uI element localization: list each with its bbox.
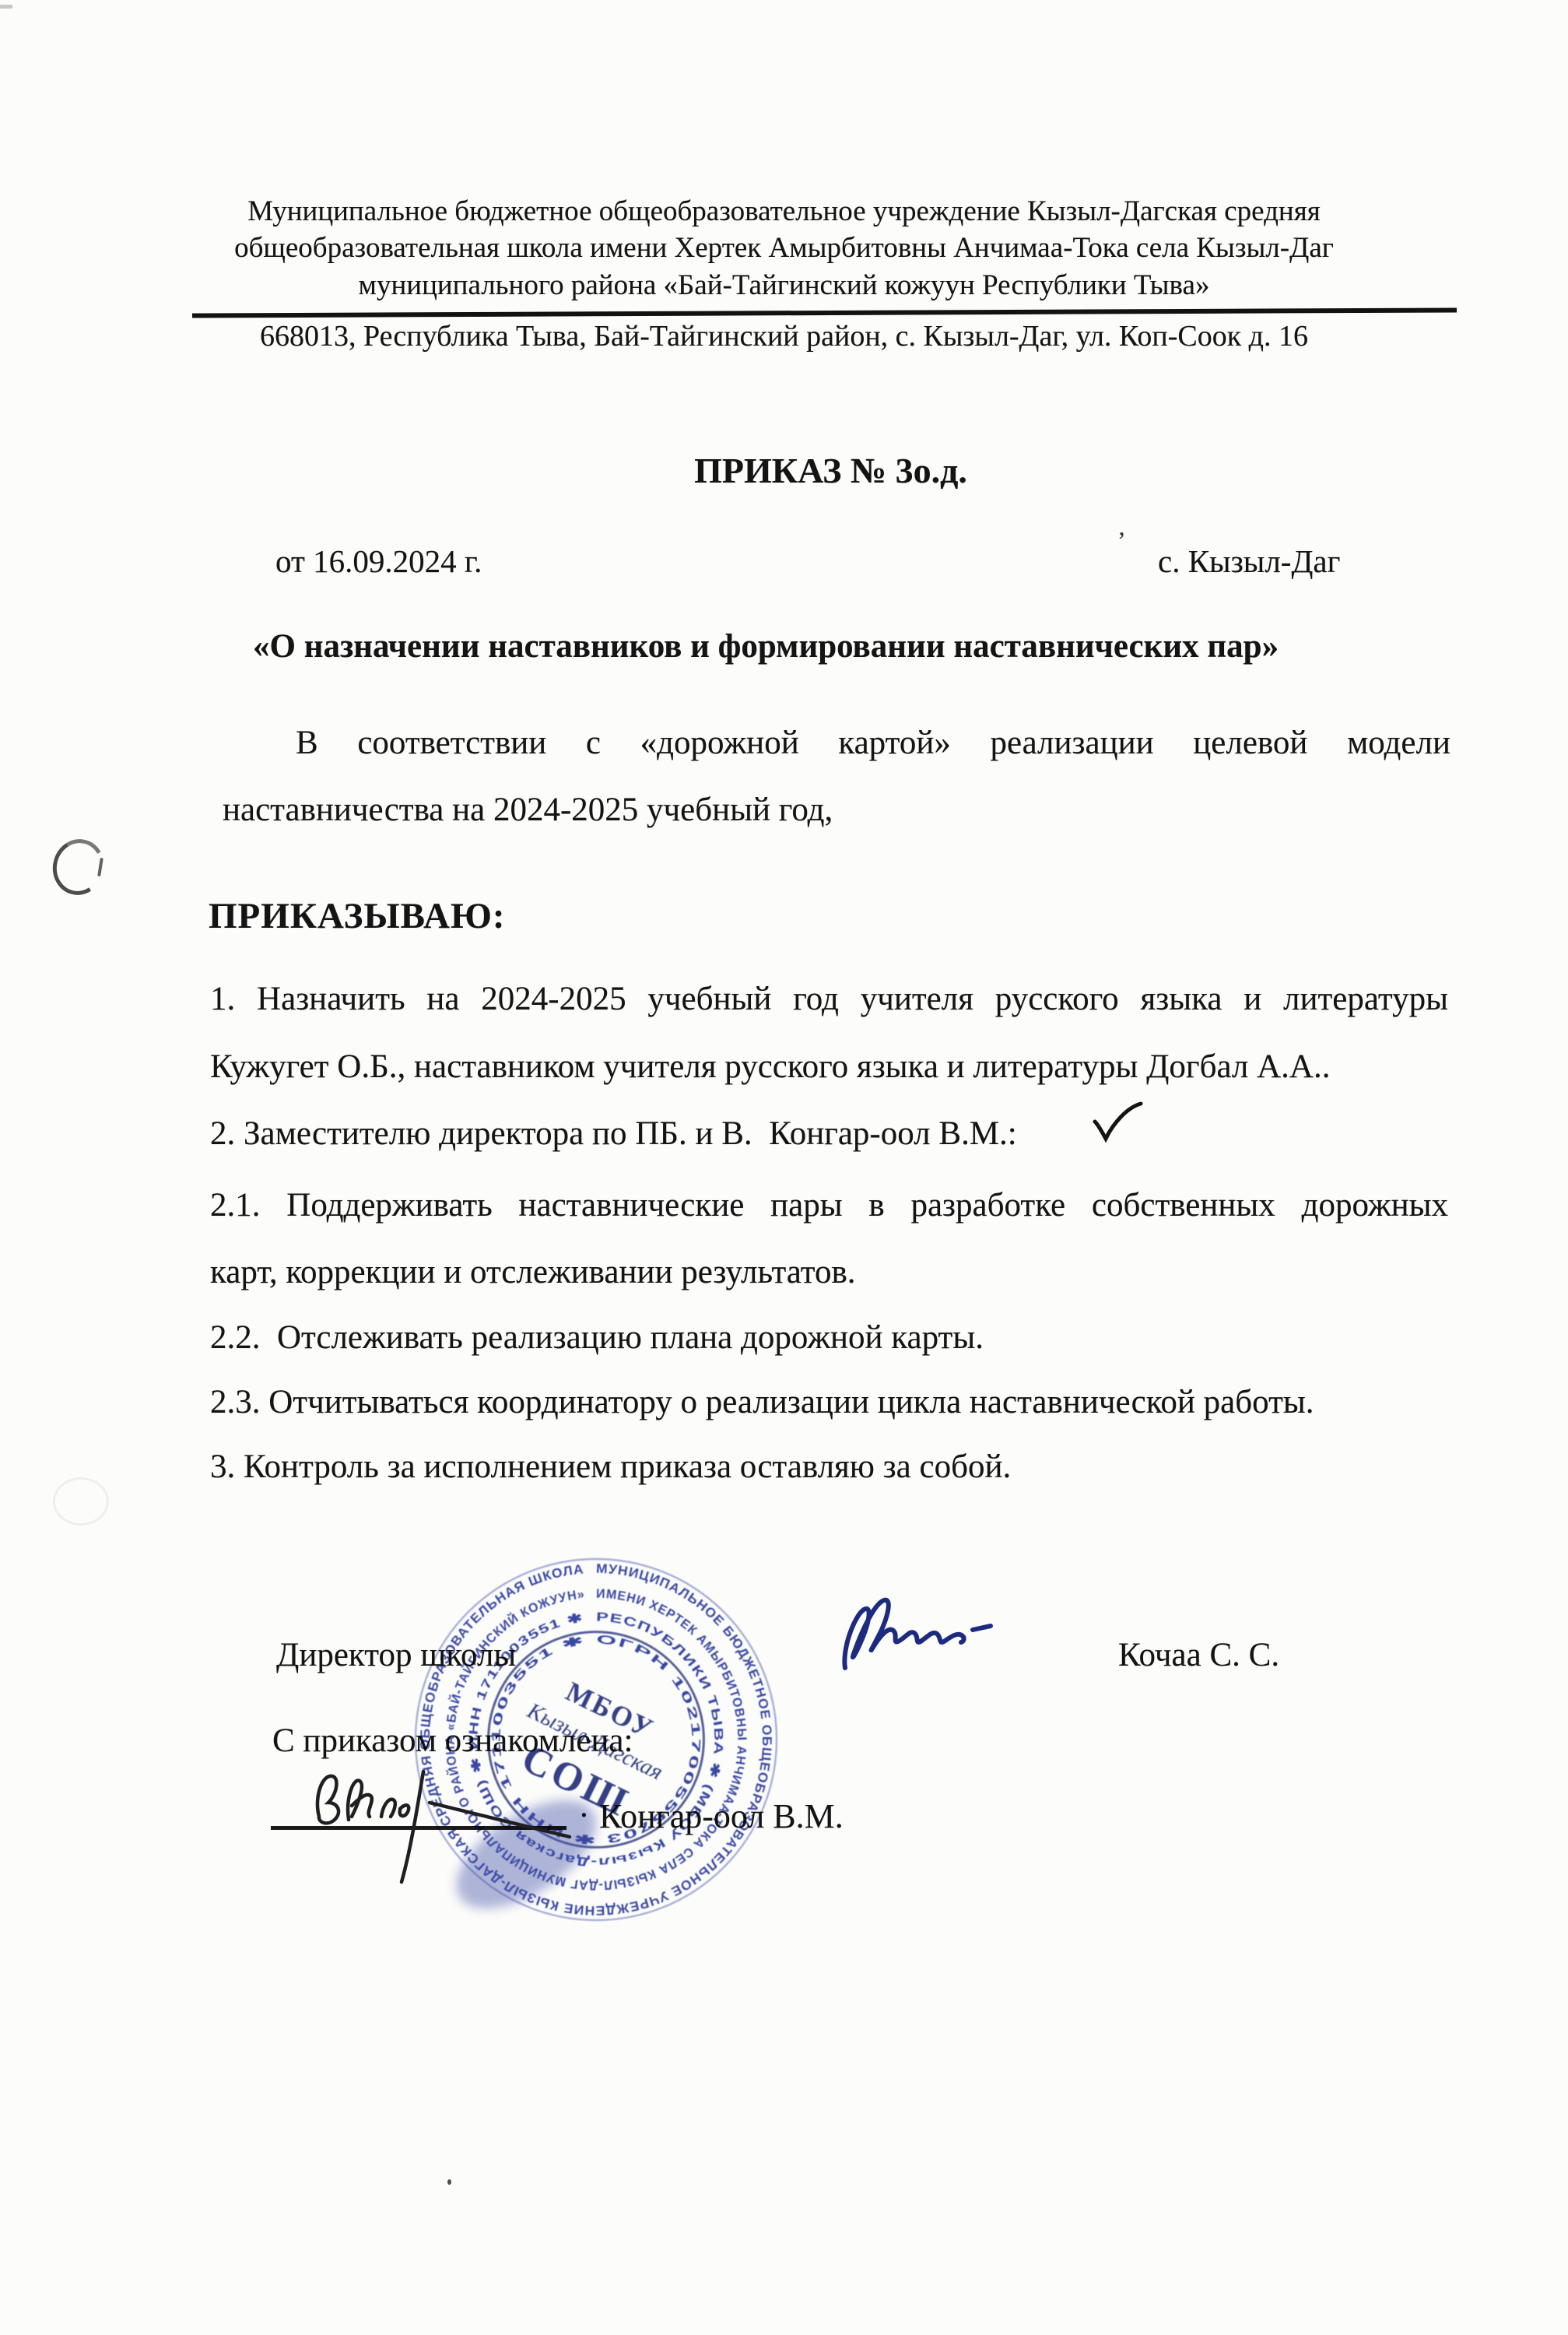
letterhead-line-3: муниципального района «Бай-Тайгинский ко…: [47, 269, 1521, 303]
director-signature-stroke: [844, 1600, 963, 1668]
acknowledged-signature-k: [348, 1781, 372, 1820]
order-word: ПРИКАЗЫВАЮ:: [209, 895, 506, 938]
item-2-2: 2.2. Отслеживать реализацию плана дорожн…: [210, 1318, 984, 1358]
item-2-1-line-1: 2.1. Поддерживать наставнические пары в …: [210, 1186, 1448, 1226]
letterhead-rule: [192, 307, 1457, 318]
letterhead-line-1: Муниципальное бюджетное общеобразователь…: [47, 195, 1521, 229]
handwritten-checkmark: [1091, 1101, 1145, 1146]
order-place: с. Кызыл-Даг: [1158, 542, 1340, 580]
scan-dot: [447, 2179, 451, 2185]
director-signature-dash: [973, 1626, 991, 1630]
acknowledged-signature: [305, 1765, 581, 1894]
stray-tick-mark: ’: [1117, 526, 1126, 556]
item-2-3: 2.3. Отчитываться координатору о реализа…: [210, 1383, 1314, 1423]
acknowledged-signature-slash: [402, 1771, 423, 1882]
acknowledged-signature-le: [381, 1800, 409, 1817]
preamble-line-1: В соответствии с «дорожной картой» реали…: [296, 724, 1450, 764]
checkmark-stroke: [1095, 1104, 1141, 1139]
item-1-line-1: 1. Назначить на 2024-2025 учебный год уч…: [210, 980, 1448, 1020]
preamble-line-2: наставничества на 2024-2025 учебный год,: [223, 791, 833, 830]
acknowledged-signature-tail: [430, 1803, 570, 1837]
letterhead-line-2: общеобразовательная школа имени Хертек А…: [47, 231, 1521, 265]
acknowledged-signature-b: [317, 1776, 339, 1823]
order-subject: «О назначении наставников и формировании…: [253, 627, 1279, 667]
document-page: Муниципальное бюджетное общеобразователь…: [0, 0, 1568, 2335]
item-3: 3. Контроль за исполнением приказа остав…: [210, 1448, 1011, 1487]
scan-faint-circle: [53, 1477, 109, 1526]
item-1-line-2: Кужугет О.Б., наставником учителя русско…: [210, 1048, 1330, 1087]
scan-corner-mark: [0, 5, 12, 9]
order-title: ПРИКАЗ № 3о.д.: [93, 450, 1568, 492]
item-2: 2. Заместителю директора по ПБ. и В. Кон…: [210, 1115, 1017, 1154]
letterhead-address: 668013, Республика Тыва, Бай-Тайгинский …: [47, 319, 1521, 354]
order-date: от 16.09.2024 г.: [275, 542, 482, 580]
item-2-1-line-2: карт, коррекции и отслеживании результат…: [210, 1253, 856, 1293]
director-signature: [839, 1594, 1002, 1684]
director-name: Кочаа С. С.: [1118, 1636, 1279, 1676]
